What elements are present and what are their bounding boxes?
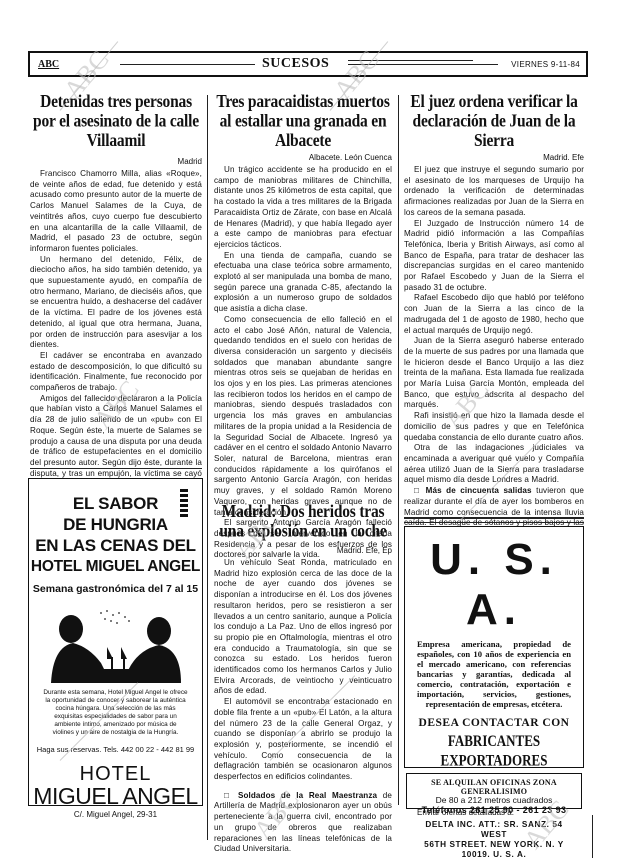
issue-date: VIERNES 9-11-84	[511, 60, 580, 69]
ad-reservation-phones: Haga sus reservas. Tels. 442 00 22 - 442…	[29, 745, 202, 754]
article-end-rule	[30, 468, 202, 469]
article-dateline: Madrid. Efe	[404, 153, 584, 162]
ad-body: Empresa americana, propiedad de españole…	[417, 639, 571, 709]
ad-headline-line: EN LAS CENAS DEL	[29, 535, 202, 556]
ad-address-line: 56TH STREET. NEW YORK. N. Y	[417, 840, 571, 850]
ad-headline-line: DE HUNGRIA	[29, 514, 202, 535]
article-car-explosion: Madrid: Dos heridos tras una explosión e…	[214, 502, 392, 855]
brief-text: de Artillería de Madrid explosionaron ay…	[214, 791, 392, 854]
article-headline: Detenidas tres personas por el asesinato…	[30, 92, 202, 151]
article-headline: El juez ordena verificar la declaración …	[404, 92, 584, 151]
ad-address-line: 10019. U. S. A.	[417, 850, 571, 858]
ad-hotel-miguel-angel: EL SABOR DE HUNGRIA EN LAS CENAS DEL HOT…	[28, 478, 203, 806]
ad-office-headline: SE ALQUILAN OFICINAS ZONA GENERALISIMO	[407, 778, 581, 796]
article-body: Un vehículo Seat Ronda, matriculado en M…	[214, 558, 392, 855]
ad-title: U. S. A.	[405, 535, 583, 635]
publication-name: ABC	[38, 59, 59, 70]
header-rule	[348, 64, 498, 65]
ad-office-size: De 80 a 212 metros cuadrados	[407, 796, 581, 805]
paragraph: En una tienda de campaña, cuando se efec…	[214, 251, 392, 315]
article-dateline: Madrid. Efe, Ep	[214, 546, 392, 555]
paragraph: Juan de la Sierra aseguró haberse entera…	[404, 336, 584, 411]
brief-lead: Más de cincuenta salidas	[426, 486, 532, 495]
hotel-logo-line1: HOTEL	[29, 764, 202, 784]
paragraph: Un trágico accidente se ha producido en …	[214, 165, 392, 251]
paragraph: Como consecuencia de ello falleció en el…	[214, 315, 392, 518]
news-brief: □ Soldados de la Real Maestranza de Arti…	[214, 791, 392, 855]
ad-office-phones: Teléfonos 261 25 90 - 261 23 93	[407, 805, 581, 815]
paragraph: El Juzgado de Instrucción número 14 de M…	[404, 219, 584, 294]
column-divider	[398, 95, 399, 805]
section-title: SUCESOS	[262, 56, 329, 72]
hungary-emblem-icon	[180, 489, 188, 517]
article-body: Francisco Chamorro Milla, alias «Roque»,…	[30, 169, 202, 522]
paragraph: Un vehículo Seat Ronda, matriculado en M…	[214, 558, 392, 697]
hotel-address: C/. Miguel Angel, 29-31	[29, 810, 202, 819]
header-rule	[348, 60, 473, 61]
paragraph: El automóvil se encontraba estacionado e…	[214, 697, 392, 783]
brief-marker: □	[414, 486, 426, 495]
article-dateline: Madrid	[30, 157, 202, 166]
brief-marker: □	[224, 791, 238, 800]
ad-description: Durante esta semana, Hotel Miguel Angel …	[43, 689, 188, 737]
page-edge-rule	[592, 815, 593, 858]
hotel-logo-line2: MIGUEL ANGEL	[29, 784, 202, 808]
dining-couple-illustration	[41, 607, 191, 683]
brief-lead: Soldados de la Real Maestranza	[238, 791, 377, 800]
ad-cta: DESEA CONTACTAR CON	[405, 717, 583, 729]
paragraph: Un hermano del detenido, Félix, de dieci…	[30, 255, 202, 351]
header-rule	[120, 64, 255, 65]
article-urquijo: El juez ordena verificar la declaración …	[404, 92, 584, 561]
ad-headline-line: HOTEL MIGUEL ANGEL	[29, 556, 202, 577]
newspaper-page: ABC SUCESOS VIERNES 9-11-84 Detenidas tr…	[0, 0, 620, 858]
paragraph: Francisco Chamorro Milla, alias «Roque»,…	[30, 169, 202, 255]
paragraph: Otra de las indagaciones judiciales va e…	[404, 443, 584, 486]
ad-top-rule	[404, 517, 584, 519]
ad-subtitle: Semana gastronómica del 7 al 15	[29, 583, 202, 595]
ad-address-line: DELTA INC. ATT.: SR. SANZ. 54 WEST	[417, 820, 571, 840]
article-headline: Tres paracaidistas muertos al estallar u…	[214, 92, 392, 151]
paragraph: Amigos del fallecido declararon a la Pol…	[30, 394, 202, 490]
paragraph: El cadáver se encontraba en avanzado est…	[30, 351, 202, 394]
paragraph: Rafael Escobedo dijo que habló por teléf…	[404, 293, 584, 336]
article-dateline: Albacete. León Cuenca	[214, 153, 392, 162]
ad-office-rental: SE ALQUILAN OFICINAS ZONA GENERALISIMO D…	[406, 773, 582, 809]
paragraph: Rafi insistió en que hizo la llamada des…	[404, 411, 584, 443]
article-headline: Madrid: Dos heridos tras una explosión e…	[214, 502, 392, 541]
ad-usa-business: U. S. A. Empresa americana, propiedad de…	[404, 526, 584, 768]
article-albacete: Tres paracaidistas muertos al estallar u…	[214, 92, 392, 561]
column-divider	[207, 95, 208, 840]
ad-headline-line: EL SABOR	[29, 493, 202, 514]
ad-top-rule	[404, 522, 584, 523]
ad-target-line: FABRICANTES EXPORTADORES	[405, 732, 583, 770]
article-body: El juez que instruye el segundo sumario …	[404, 165, 584, 561]
article-villaamil: Detenidas tres personas por el asesinato…	[30, 92, 202, 522]
section-header: ABC SUCESOS VIERNES 9-11-84	[28, 51, 588, 77]
paragraph: El juez que instruye el segundo sumario …	[404, 165, 584, 219]
